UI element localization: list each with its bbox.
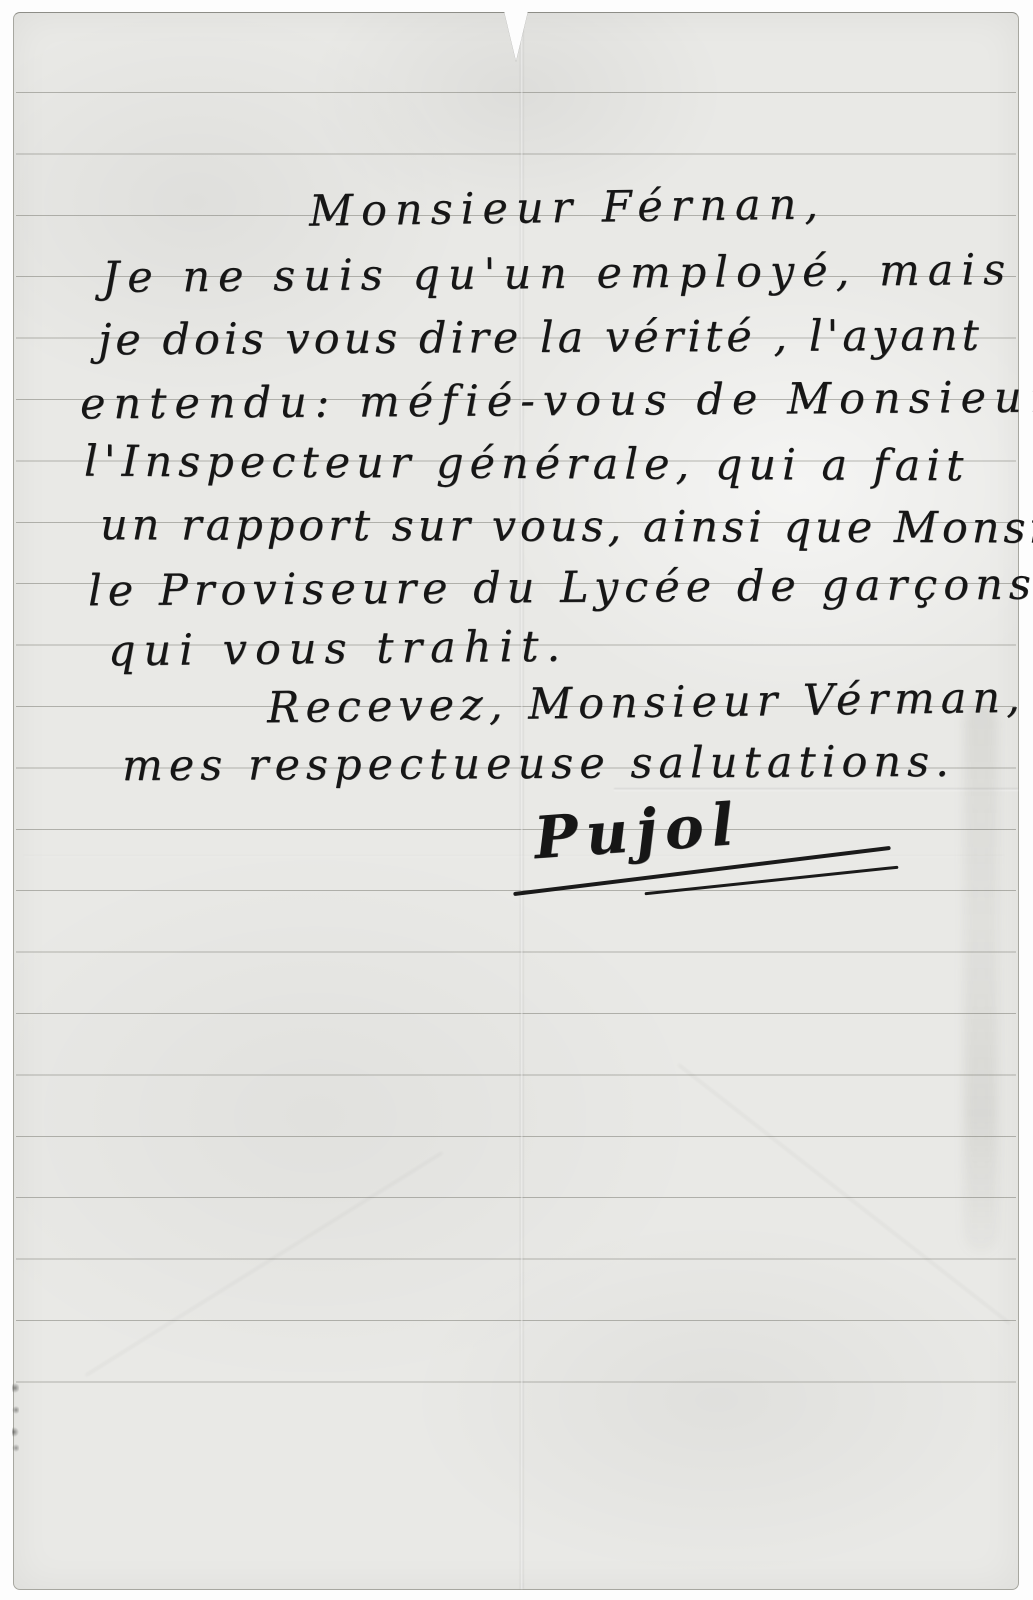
paper-stain xyxy=(964,703,998,1253)
body-line: un rapport sur vous, ainsi que Monsieur xyxy=(100,500,1033,554)
salutation-line: Monsieur Férnan, xyxy=(309,179,827,236)
closing-line: mes respectueuse salutations. xyxy=(122,737,955,791)
body-line: je dois vous dire la vérité , l'ayant xyxy=(98,311,983,366)
closing-line: Recevez, Monsieur Vérman, xyxy=(267,673,1026,734)
left-edge-tear xyxy=(12,1376,19,1456)
scan-background: Monsieur Férnan, Je ne suis qu'un employ… xyxy=(0,0,1033,1600)
letter-paper: Monsieur Férnan, Je ne suis qu'un employ… xyxy=(13,12,1019,1590)
horizontal-fold-crease xyxy=(614,788,1018,791)
body-line: qui vous trahit. xyxy=(108,622,569,677)
signature: Pujol xyxy=(532,790,744,872)
body-line: l'Inspecteur générale, qui a fait xyxy=(84,437,970,492)
body-line: entendu: méfié-vous de Monsieur xyxy=(80,373,1033,430)
top-edge-notch-tear xyxy=(504,11,528,61)
body-line: Je ne suis qu'un employé, mais xyxy=(102,245,1014,303)
body-line: le Proviseure du Lycée de garçons xyxy=(88,560,1033,617)
horizontal-fold-crease-faint xyxy=(24,855,1004,857)
